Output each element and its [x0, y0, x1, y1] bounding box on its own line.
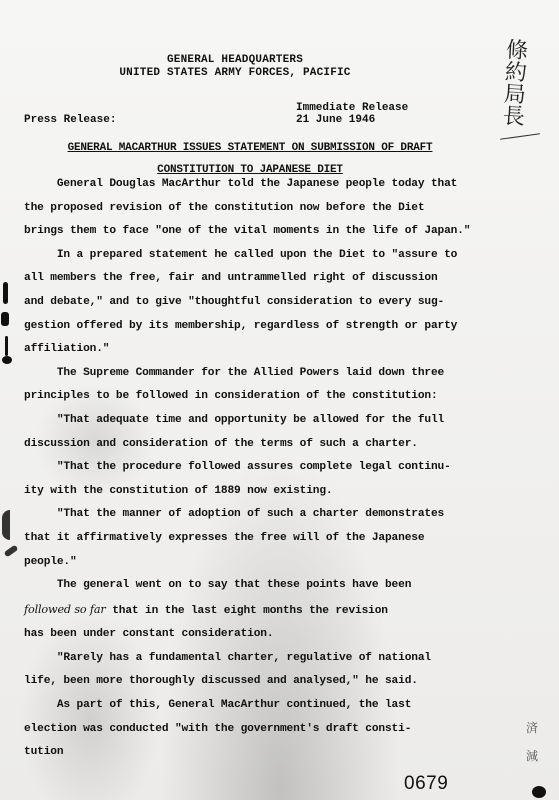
margin-mark: [1, 312, 9, 326]
body-line: discussion and consideration of the term…: [24, 433, 494, 457]
body-line: The Supreme Commander for the Allied Pow…: [24, 362, 494, 386]
body-line: affiliation.": [24, 338, 494, 362]
body-line-with-handwriting: followed so far that in the last eight m…: [24, 598, 494, 624]
margin-seal-stamp: 済 減: [525, 714, 539, 770]
body-line: and debate," and to give "thoughtful con…: [24, 291, 494, 315]
body-line: "That the procedure followed assures com…: [24, 456, 494, 480]
release-info: Immediate Release 21 June 1946: [296, 102, 408, 126]
margin-mark: [2, 510, 10, 540]
release-date: 21 June 1946: [296, 114, 408, 126]
letterhead: GENERAL HEADQUARTERS UNITED STATES ARMY …: [0, 54, 470, 80]
body-line: "That adequate time and opportunity be a…: [24, 409, 494, 433]
body-line: "Rarely has a fundamental charter, regul…: [24, 647, 494, 671]
body-line: General Douglas MacArthur told the Japan…: [24, 173, 494, 197]
document-page: GENERAL HEADQUARTERS UNITED STATES ARMY …: [0, 0, 559, 800]
margin-marks: [0, 270, 20, 570]
ink-blot: [532, 786, 546, 798]
body-line: tution: [24, 741, 494, 765]
body-line: The general went on to say that these po…: [24, 574, 494, 598]
letterhead-line-1: GENERAL HEADQUARTERS: [0, 54, 470, 67]
body-line: people.": [24, 551, 494, 575]
handwritten-underline: [500, 133, 540, 140]
title-line-1: GENERAL MACARTHUR ISSUES STATEMENT ON SU…: [50, 137, 450, 159]
handwritten-insert: followed so far: [24, 603, 106, 616]
press-release-label: Press Release:: [24, 114, 116, 126]
body-line: brings them to face "one of the vital mo…: [24, 220, 494, 244]
archive-page-number: 0679: [404, 773, 448, 795]
margin-mark: [3, 282, 8, 304]
body-line: all members the free, fair and untrammel…: [24, 267, 494, 291]
letterhead-line-2: UNITED STATES ARMY FORCES, PACIFIC: [0, 67, 470, 80]
body-line: principles to be followed in considerati…: [24, 385, 494, 409]
body-line: gestion offered by its membership, regar…: [24, 315, 494, 339]
margin-mark: [4, 545, 19, 558]
release-type: Immediate Release: [296, 102, 408, 114]
body-line: election was conducted "with the governm…: [24, 718, 494, 742]
body-line: has been under constant consideration.: [24, 623, 494, 647]
body-line: As part of this, General MacArthur conti…: [24, 694, 494, 718]
margin-mark: [5, 336, 8, 356]
body-line: life, been more thoroughly discussed and…: [24, 670, 494, 694]
body-line: ity with the constitution of 1889 now ex…: [24, 480, 494, 504]
body-text: General Douglas MacArthur told the Japan…: [24, 173, 494, 765]
body-line: In a prepared statement he called upon t…: [24, 244, 494, 268]
body-line: that it affirmatively expresses the free…: [24, 527, 494, 551]
body-line-rest: that in the last eight months the revisi…: [106, 605, 388, 617]
handwritten-japanese-annotation: 條約局長: [494, 37, 529, 126]
body-line: "That the manner of adoption of such a c…: [24, 503, 494, 527]
margin-mark: [2, 356, 12, 364]
body-line: the proposed revision of the constitutio…: [24, 197, 494, 221]
